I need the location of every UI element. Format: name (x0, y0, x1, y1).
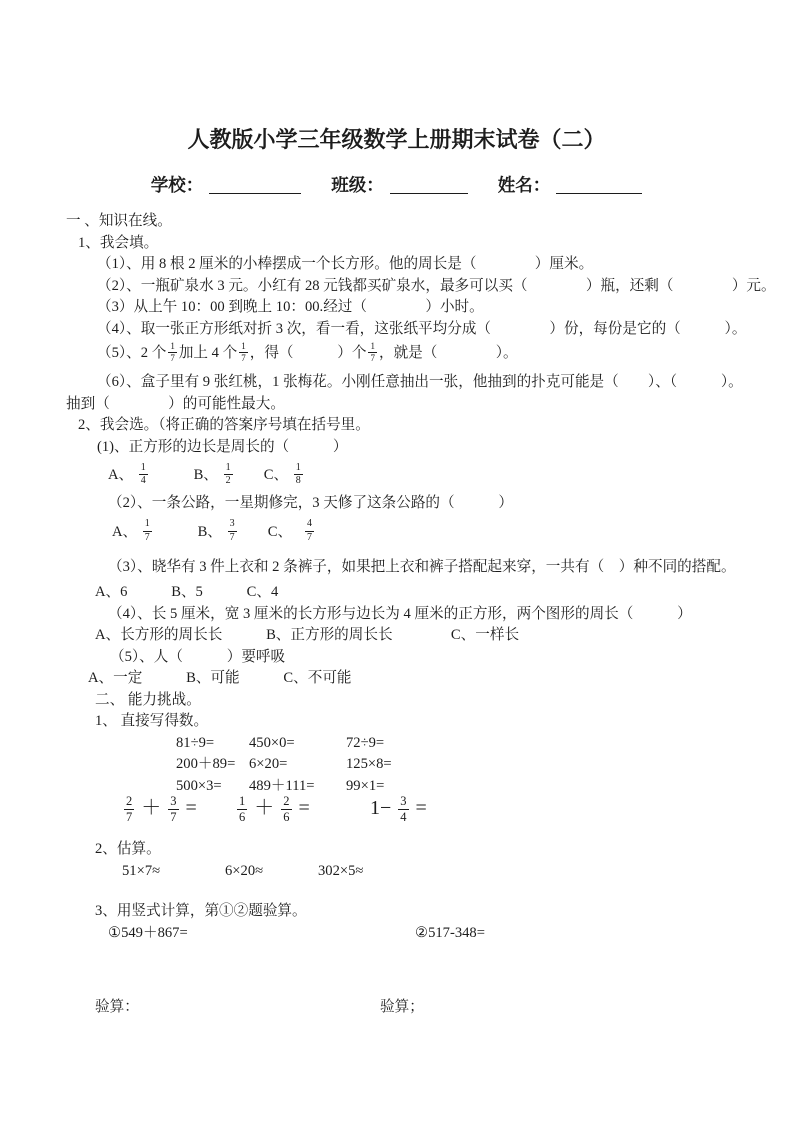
fraction-expression: 1− 34 = (370, 793, 427, 824)
choice-section-heading: 2、我会选。（将正确的答案序号填在括号里。 (0, 415, 793, 437)
choice-options-5: A、一定 B、可能 C、不可能 (0, 668, 793, 690)
fill-item-2: （2）、一瓶矿泉水 3 元。小红有 28 元钱都买矿泉水，最多可以买（ ）瓶，还… (0, 276, 793, 298)
exam-paper: 人教版小学三年级数学上册期末试卷（二） 学校：班级：姓名： 一 、知识在线。 1… (0, 0, 793, 1122)
school-label: 学校： (151, 175, 204, 195)
class-blank[interactable] (390, 177, 468, 194)
calc-expression: 72÷9= (346, 735, 384, 751)
choice-options-3: A、6 B、5 C、4 (0, 582, 793, 604)
fraction: 18 (294, 463, 303, 487)
vertical-calc-row: ①549＋867=②517-348= (0, 923, 793, 945)
calc-expression: 81÷9= (176, 733, 249, 755)
task3-heading: 3、用竖式计算，第①②题验算。 (0, 901, 793, 923)
choice-question-4: （4）、长 5 厘米，宽 3 厘米的长方形与边长为 4 厘米的正方形，两个图形的… (0, 604, 793, 626)
calc-expression: 450×0= (249, 733, 346, 755)
fraction: 37 (168, 795, 178, 824)
estimate-expression: 6×20≈ (225, 861, 318, 883)
fraction: 37 (228, 519, 237, 543)
fill-item-3: （3）从上午 10：00 到晚上 10：00.经过（ ）小时。 (0, 297, 793, 319)
calc-expression: 200＋89= (176, 754, 249, 776)
vertical-calc-2: ②517-348= (415, 925, 485, 941)
fill-item-1: （1）、用 8 根 2 厘米的小棒摆成一个长方形。他的周长是（ ）厘米。 (0, 254, 793, 276)
fill-item-6-continued: 抽到（ ）的可能性最大。 (0, 394, 793, 416)
choice-question-5: （5）、人（ ）要呼吸 (0, 647, 793, 669)
check-row: 验算：验算； (0, 997, 793, 1019)
vertical-calc-1: ①549＋867= (108, 923, 415, 945)
fraction: 14 (139, 463, 148, 487)
choice-options-2: A、 17 B、 37 C、 47 (0, 517, 793, 547)
choice-options-4: A、长方形的周长长 B、正方形的周长长 C、一样长 (0, 625, 793, 647)
section-one-heading: 一 、知识在线。 (0, 211, 793, 233)
task2-heading: 2、估算。 (0, 839, 793, 861)
estimate-expression: 51×7≈ (122, 861, 225, 883)
check-label-2: 验算； (380, 999, 424, 1015)
school-blank[interactable] (209, 177, 301, 194)
fraction: 16 (237, 795, 247, 824)
fill-section-heading: 1、我会填。 (0, 233, 793, 255)
fill-item-4: （4）、取一张正方形纸对折 3 次，看一看，这张纸平均分成（ ）份，每份是它的（… (0, 319, 793, 341)
fraction: 17 (143, 519, 152, 543)
choice-question-3: （3）、晓华有 3 件上衣和 2 条裤子，如果把上衣和裤子搭配起来穿，一共有（ … (0, 557, 793, 579)
calc-expression: 99×1= (346, 778, 384, 794)
fraction: 17 (168, 342, 177, 364)
choice-options-1: A、 14 B、 12 C、 18 (0, 460, 793, 490)
fraction: 17 (368, 342, 377, 364)
fraction: 27 (124, 795, 134, 824)
name-label: 姓名： (498, 175, 551, 195)
choice-question-1: (1)、正方形的边长是周长的（ ） (0, 437, 793, 459)
estimate-expression: 302×5≈ (318, 863, 363, 879)
calc-row-1: 81÷9=450×0=72÷9= (0, 733, 793, 755)
calc-expression: 6×20= (249, 754, 346, 776)
calc-expression: 125×8= (346, 756, 392, 772)
calc-row-2: 200＋89=6×20=125×8= (0, 754, 793, 776)
fraction-calc-row: 27 ＋ 37 =16 ＋ 26 =1− 34 = (0, 793, 793, 823)
fraction-expression: 16 ＋ 26 = (235, 793, 370, 824)
estimate-row: 51×7≈6×20≈302×5≈ (0, 861, 793, 883)
class-label: 班级： (331, 175, 384, 195)
fraction-expression: 27 ＋ 37 = (122, 793, 235, 824)
fill-item-5: （5）、2 个17加上 4 个17，得（ ）个17，就是（ ）。 (0, 340, 793, 367)
task1-heading: 1、 直接写得数。 (0, 711, 793, 733)
fraction: 34 (398, 795, 408, 824)
choice-question-2: （2）、一条公路，一星期修完，3 天修了这条公路的（ ） (0, 493, 793, 515)
page-title: 人教版小学三年级数学上册期末试卷（二） (0, 126, 793, 154)
name-blank[interactable] (556, 177, 642, 194)
fraction: 47 (305, 519, 314, 543)
fill-item-6: （6）、盒子里有 9 张红桃，1 张梅花。小刚任意抽出一张，他抽到的扑克可能是（… (0, 372, 793, 394)
fraction: 12 (224, 463, 233, 487)
student-info-row: 学校：班级：姓名： (0, 172, 793, 198)
fraction: 17 (239, 342, 248, 364)
fraction: 26 (281, 795, 291, 824)
check-label-1: 验算： (95, 997, 380, 1019)
section-two-heading: 二、 能力挑战。 (0, 690, 793, 712)
